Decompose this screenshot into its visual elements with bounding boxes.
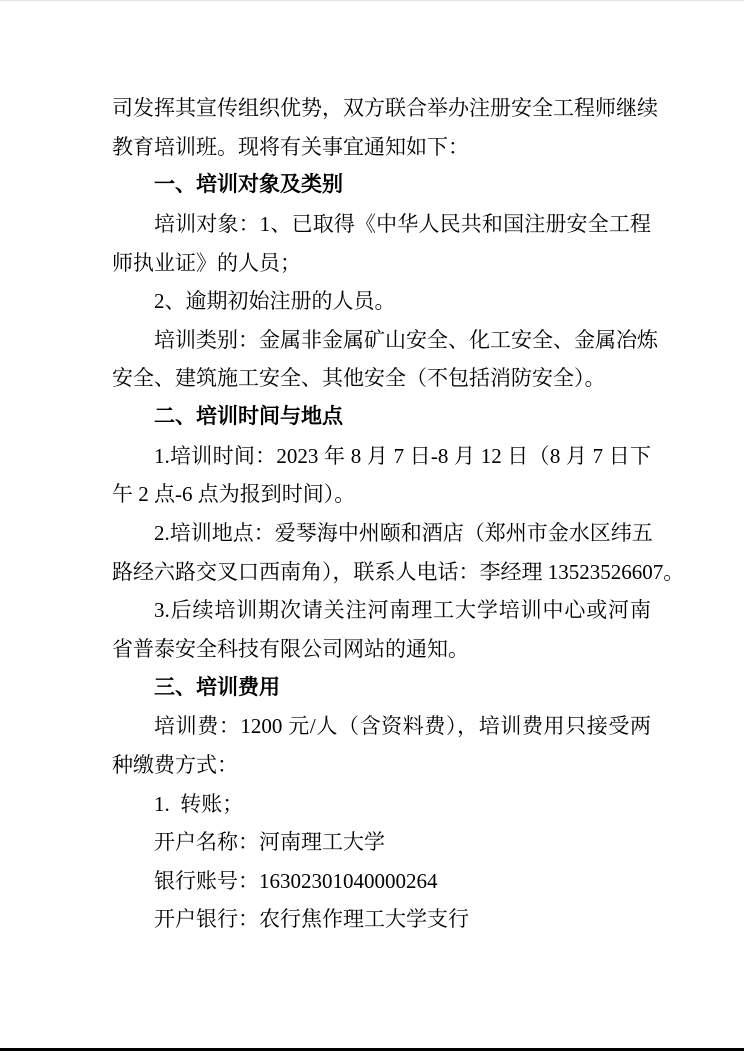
text-line: 路经六路交叉口西南角），联系人电话：李经理 13523526607。 xyxy=(112,553,651,592)
text-line: 培训对象：1、已取得《中华人民共和国注册安全工程 xyxy=(112,205,651,244)
text-line: 二、培训时间与地点 xyxy=(112,398,651,437)
section-heading: 二、培训时间与地点 xyxy=(112,398,651,437)
text-line: 1. 转账； xyxy=(112,785,651,824)
paragraph: 培训费：1200 元/人（含资料费），培训费用只接受两种缴费方式： xyxy=(112,707,651,784)
paragraph: 1. 转账； xyxy=(112,785,651,824)
text-line: 1.培训时间：2023 年 8 月 7 日-8 月 12 日（8 月 7 日下 xyxy=(112,437,651,476)
text-line: 培训类别：金属非金属矿山安全、化工安全、金属冶炼 xyxy=(112,321,651,360)
section-heading: 三、培训费用 xyxy=(112,669,651,708)
paragraph: 银行账号：16302301040000264 xyxy=(112,862,651,901)
text-line: 司发挥其宣传组织优势，双方联合举办注册安全工程师继续 xyxy=(112,89,651,128)
section-heading: 一、培训对象及类别 xyxy=(112,166,651,205)
text-line: 2.培训地点：爱琴海中州颐和酒店（郑州市金水区纬五 xyxy=(112,514,651,553)
paragraph: 2、逾期初始注册的人员。 xyxy=(112,282,651,321)
paragraph: 1.培训时间：2023 年 8 月 7 日-8 月 12 日（8 月 7 日下午… xyxy=(112,437,651,514)
paragraph: 培训对象：1、已取得《中华人民共和国注册安全工程师执业证》的人员； xyxy=(112,205,651,282)
paragraph: 培训类别：金属非金属矿山安全、化工安全、金属冶炼安全、建筑施工安全、其他安全（不… xyxy=(112,321,651,398)
paragraph: 开户银行：农行焦作理工大学支行 xyxy=(112,900,651,939)
text-line: 师执业证》的人员； xyxy=(112,244,651,283)
text-line: 安全、建筑施工安全、其他安全（不包括消防安全）。 xyxy=(112,359,651,398)
text-line: 三、培训费用 xyxy=(112,669,651,708)
text-line: 午 2 点-6 点为报到时间）。 xyxy=(112,475,651,514)
text-line: 开户名称：河南理工大学 xyxy=(112,823,651,862)
paragraph: 开户名称：河南理工大学 xyxy=(112,823,651,862)
text-line: 一、培训对象及类别 xyxy=(112,166,651,205)
text-line: 开户银行：农行焦作理工大学支行 xyxy=(112,900,651,939)
paragraph: 2.培训地点：爱琴海中州颐和酒店（郑州市金水区纬五路经六路交叉口西南角），联系人… xyxy=(112,514,651,591)
text-line: 省普泰安全科技有限公司网站的通知。 xyxy=(112,630,651,669)
text-line: 种缴费方式： xyxy=(112,746,651,785)
document-body: 司发挥其宣传组织优势，双方联合举办注册安全工程师继续教育培训班。现将有关事宜通知… xyxy=(112,89,651,939)
page-top-edge xyxy=(0,0,744,1)
page-bottom-divider xyxy=(0,1048,744,1051)
text-line: 教育培训班。现将有关事宜通知如下： xyxy=(112,128,651,167)
text-line: 3.后续培训期次请关注河南理工大学培训中心或河南 xyxy=(112,591,651,630)
text-line: 培训费：1200 元/人（含资料费），培训费用只接受两 xyxy=(112,707,651,746)
text-line: 银行账号：16302301040000264 xyxy=(112,862,651,901)
paragraph: 3.后续培训期次请关注河南理工大学培训中心或河南省普泰安全科技有限公司网站的通知… xyxy=(112,591,651,668)
paragraph: 司发挥其宣传组织优势，双方联合举办注册安全工程师继续教育培训班。现将有关事宜通知… xyxy=(112,89,651,166)
text-line: 2、逾期初始注册的人员。 xyxy=(112,282,651,321)
